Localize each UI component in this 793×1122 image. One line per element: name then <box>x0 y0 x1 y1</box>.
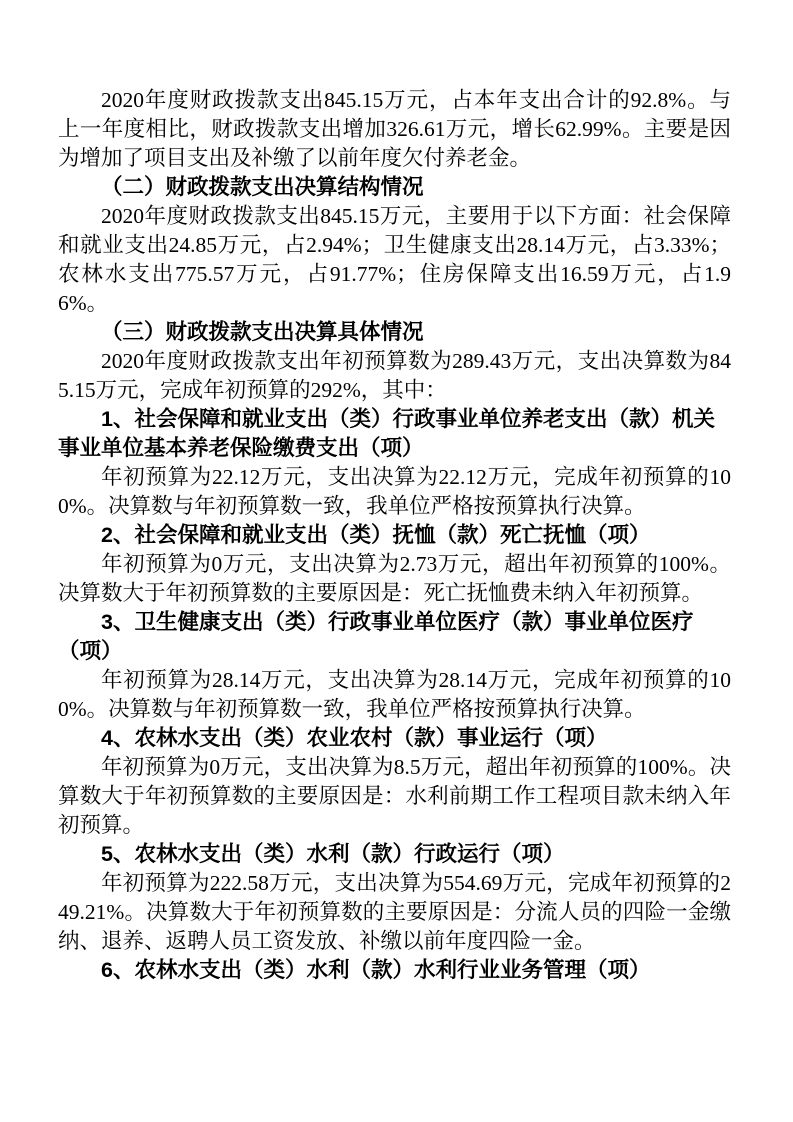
heading-section-3-expense-specifics: （三）财政拨款支出决算具体情况 <box>58 318 731 347</box>
document-page: 2020年度财政拨款支出845.15万元，占本年支出合计的92.8%。与上一年度… <box>0 0 793 1122</box>
heading-item-1-pension-contribution: 1、社会保障和就业支出（类）行政事业单位养老支出（款）机关事业单位基本养老保险缴… <box>58 405 731 463</box>
heading-item-2-death-benefit: 2、社会保障和就业支出（类）抚恤（款）死亡抚恤（项） <box>58 521 731 550</box>
paragraph-item-1-detail: 年初预算为22.12万元，支出决算为22.12万元，完成年初预算的100%。决算… <box>58 463 731 521</box>
heading-item-4-agriculture-operation: 4、农林水支出（类）农业农村（款）事业运行（项） <box>58 724 731 753</box>
heading-item-5-water-admin: 5、农林水支出（类）水利（款）行政运行（项） <box>58 840 731 869</box>
paragraph-budget-vs-final-summary: 2020年度财政拨款支出年初预算数为289.43万元，支出决算数为845.15万… <box>58 347 731 405</box>
paragraph-item-2-detail: 年初预算为0万元，支出决算为2.73万元，超出年初预算的100%。决算数大于年初… <box>58 550 731 608</box>
paragraph-fiscal-expense-overview: 2020年度财政拨款支出845.15万元，占本年支出合计的92.8%。与上一年度… <box>58 86 731 173</box>
paragraph-item-4-detail: 年初预算为0万元，支出决算为8.5万元，超出年初预算的100%。决算数大于年初预… <box>58 753 731 840</box>
paragraph-item-3-detail: 年初预算为28.14万元，支出决算为28.14万元，完成年初预算的100%。决算… <box>58 666 731 724</box>
heading-item-6-water-industry-mgmt: 6、农林水支出（类）水利（款）水利行业业务管理（项） <box>58 956 731 985</box>
heading-section-2-expense-structure: （二）财政拨款支出决算结构情况 <box>58 173 731 202</box>
heading-item-3-medical: 3、卫生健康支出（类）行政事业单位医疗（款）事业单位医疗（项） <box>58 608 731 666</box>
paragraph-expense-structure-detail: 2020年度财政拨款支出845.15万元，主要用于以下方面：社会保障和就业支出2… <box>58 202 731 318</box>
paragraph-item-5-detail: 年初预算为222.58万元，支出决算为554.69万元，完成年初预算的249.2… <box>58 869 731 956</box>
